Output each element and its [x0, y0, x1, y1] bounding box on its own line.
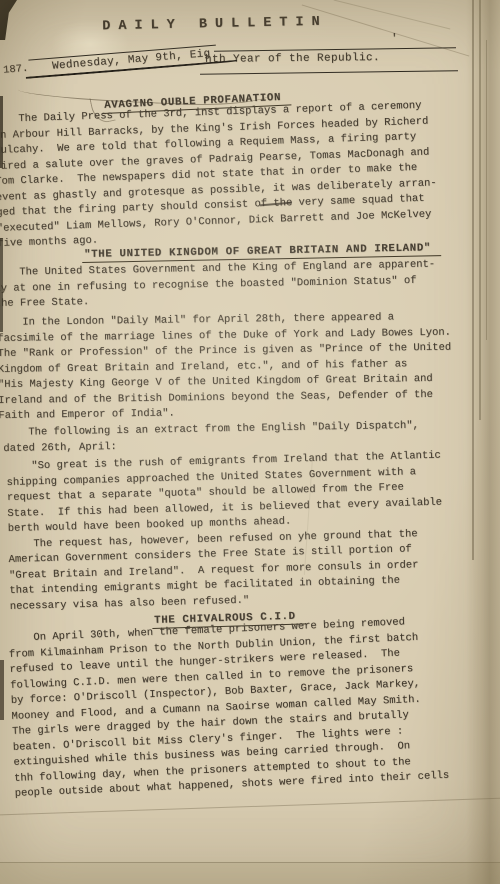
stray-mark: ' — [391, 33, 398, 45]
document-page: { "colors": { "paper": "#d9cdb2", "ink":… — [0, 0, 500, 884]
torn-date-fragment: 187. Wednesday, May 9th, Eig — [0, 36, 329, 81]
paragraph: The Daily Press of the 3rd, inst display… — [0, 97, 475, 253]
page-edge-streak — [479, 0, 481, 420]
scan-edge-mark — [0, 96, 3, 168]
issue-number: 187. — [3, 63, 29, 77]
header-rule-bottom — [200, 70, 458, 75]
paragraph: In the London "Daily Mail" for April 28t… — [0, 309, 476, 424]
paragraph: "So great is the rush of emigrants from … — [6, 447, 488, 615]
paragraph: On April 30th, when the female prisoners… — [8, 612, 493, 803]
page-title: DAILY BULLETIN — [0, 12, 430, 36]
page-bottom-edge — [0, 862, 500, 884]
page-edge-streak — [486, 40, 487, 340]
scan-edge-mark — [0, 238, 3, 332]
scan-edge-mark — [0, 660, 4, 720]
paragraph: The United States Government and the Kin… — [0, 257, 473, 313]
page-edge-streak — [472, 0, 474, 560]
